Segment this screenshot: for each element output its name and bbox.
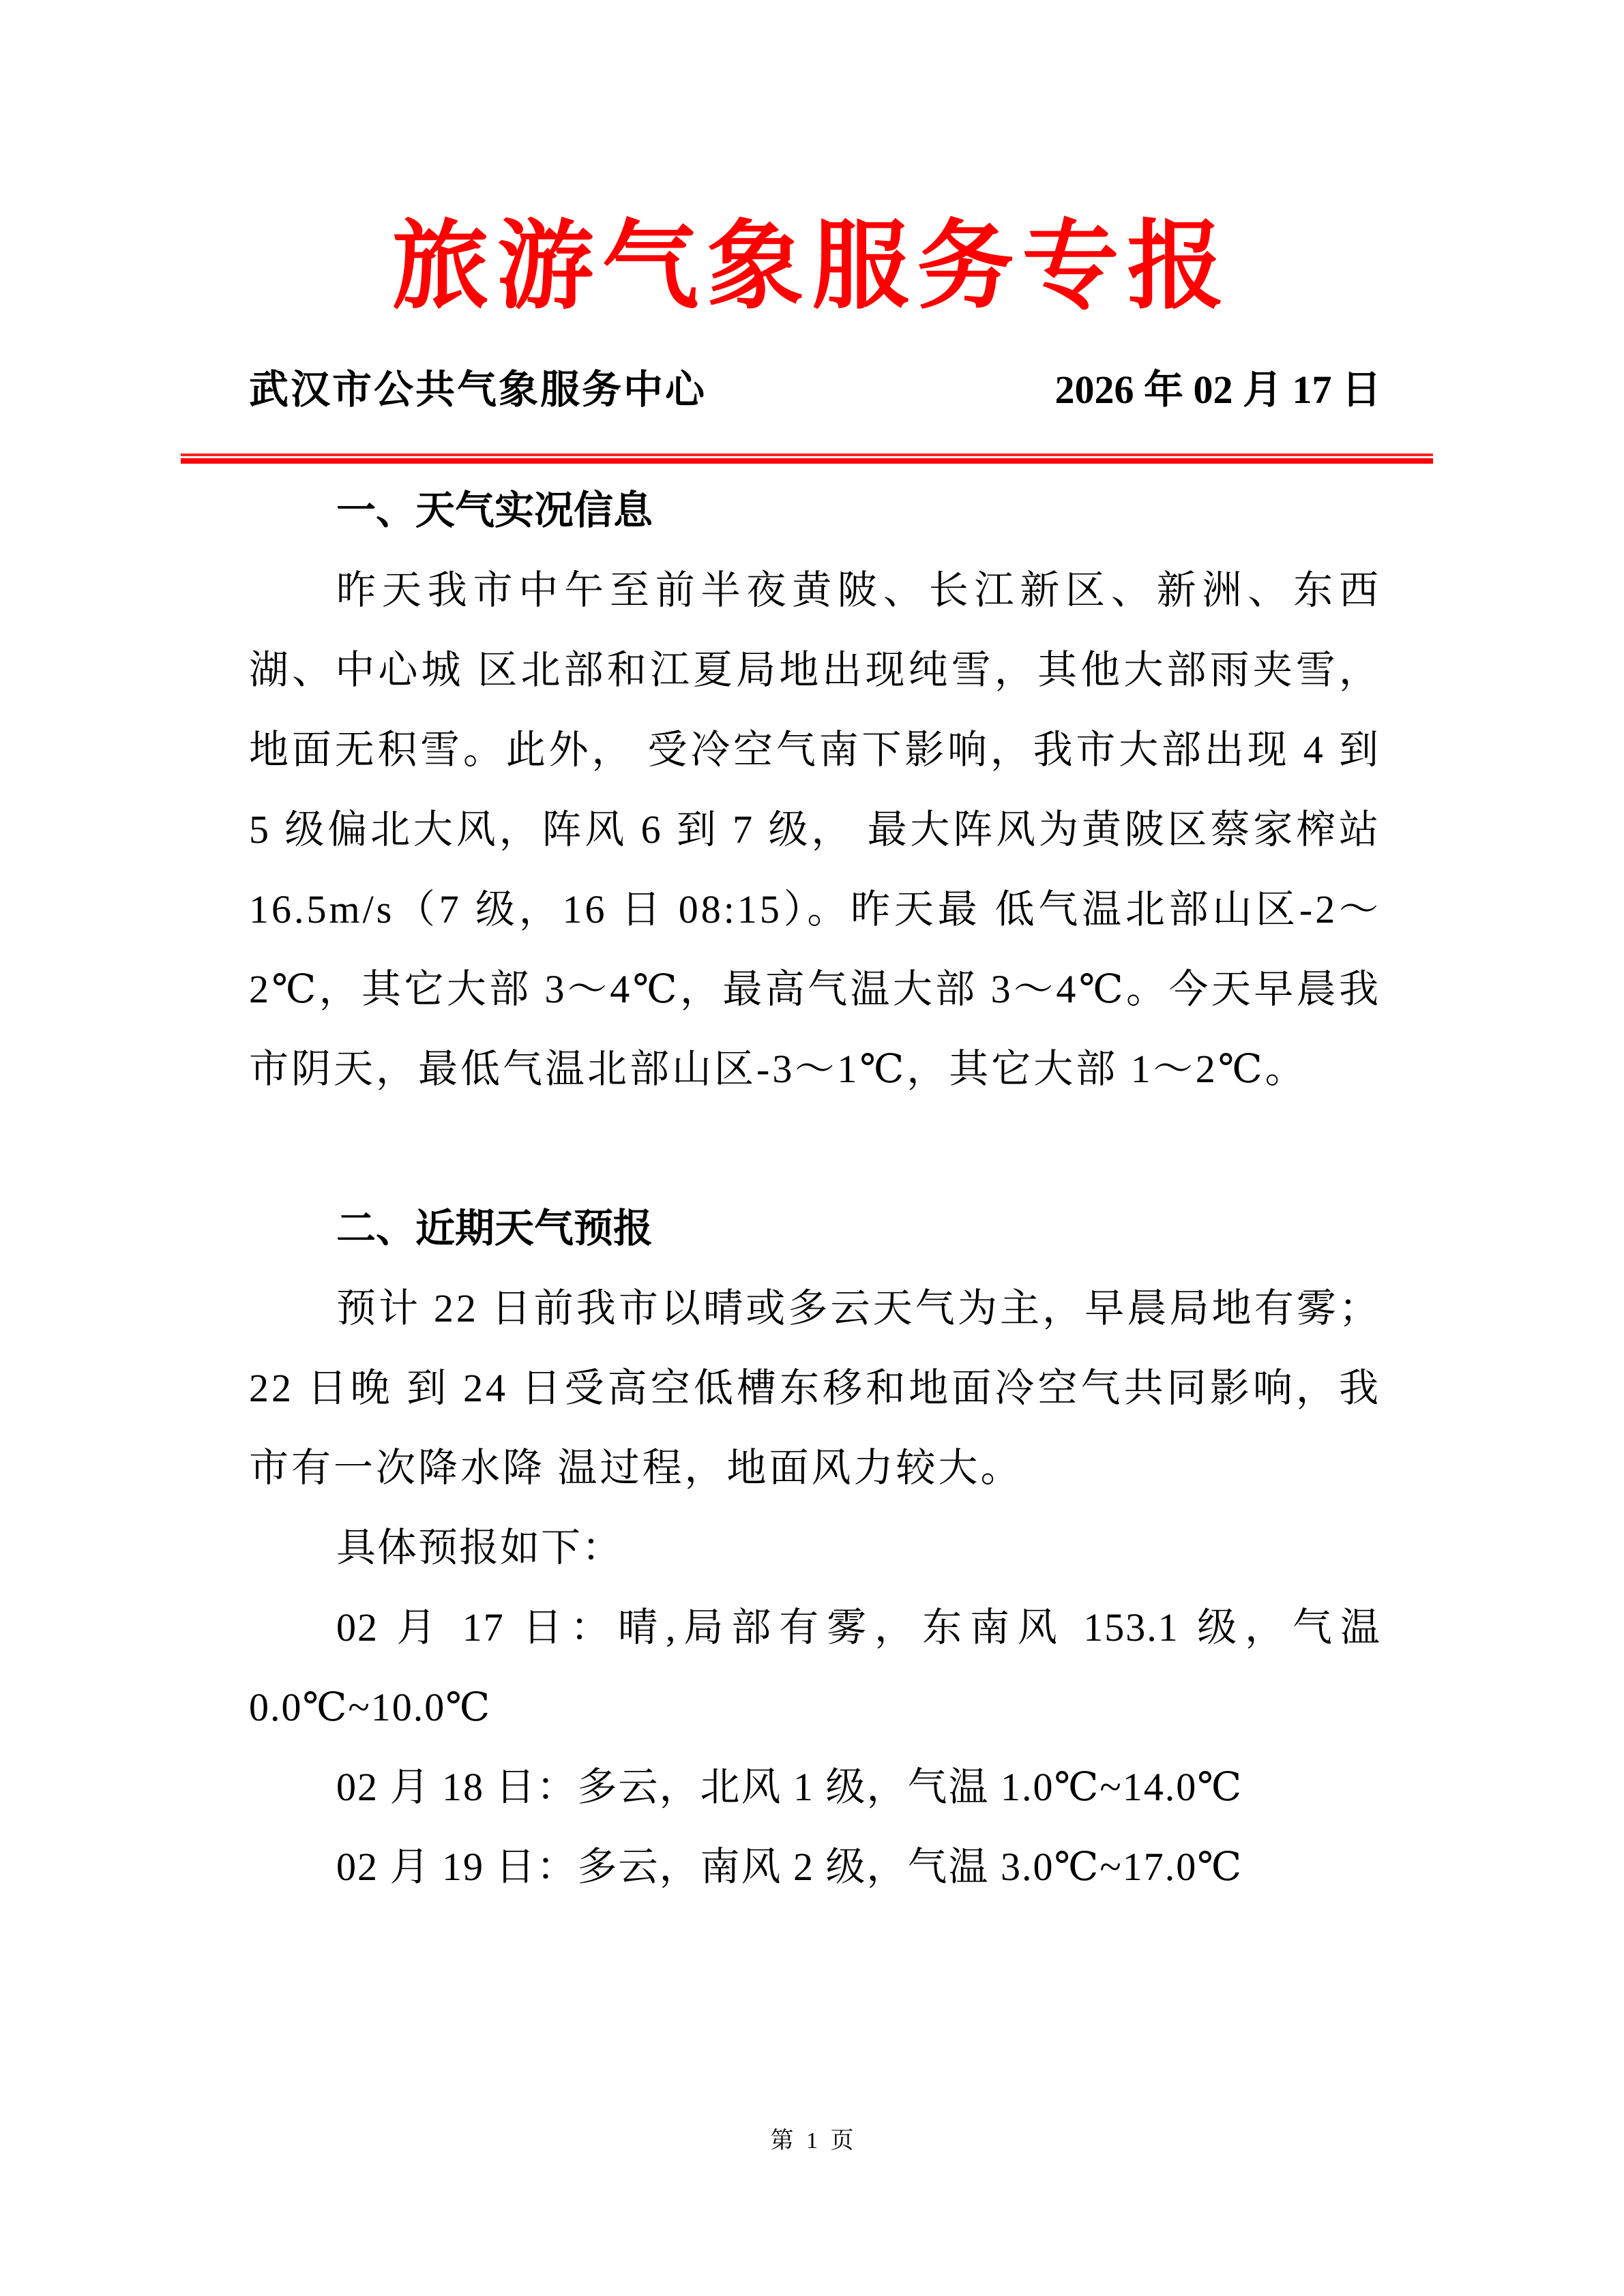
forecast-day-row: 02 月 17 日：晴,局部有雾，东南风 153.1 级，气温 0.0℃~10.… [249, 1587, 1381, 1747]
report-body: 一、天气实况信息 昨天我市中午至前半夜黄陂、长江新区、新洲、东西湖、中心城 区北… [249, 471, 1381, 1907]
page-number: 第 1 页 [0, 2121, 1624, 2162]
report-title: 旅游气象服务专报 [0, 205, 1624, 327]
forecast-day-row: 02 月 18 日：多云，北风 1 级，气温 1.0℃~14.0℃ [249, 1747, 1381, 1827]
header-divider-thin [181, 453, 1433, 456]
forecast-intro: 具体预报如下： [249, 1508, 1381, 1587]
masthead: 武汉市公共气象服务中心 2026 年 02 月 17 日 [249, 363, 1381, 417]
section-heading-forecast: 二、近期天气预报 [249, 1189, 1381, 1268]
section-heading-current-weather: 一、天气实况信息 [249, 471, 1381, 550]
current-weather-paragraph: 昨天我市中午至前半夜黄陂、长江新区、新洲、东西湖、中心城 区北部和江夏局地出现纯… [249, 550, 1381, 1109]
forecast-summary-paragraph: 预计 22 日前我市以晴或多云天气为主，早晨局地有雾；22 日晚 到 24 日受… [249, 1268, 1381, 1508]
document-page: 旅游气象服务专报 武汉市公共气象服务中心 2026 年 02 月 17 日 一、… [0, 0, 1624, 2296]
header-divider-thick [181, 458, 1433, 464]
issuing-organization: 武汉市公共气象服务中心 [249, 363, 707, 417]
issue-date: 2026 年 02 月 17 日 [1054, 363, 1381, 417]
forecast-day-row: 02 月 19 日：多云，南风 2 级，气温 3.0℃~17.0℃ [249, 1827, 1381, 1907]
spacer [249, 1109, 1381, 1189]
